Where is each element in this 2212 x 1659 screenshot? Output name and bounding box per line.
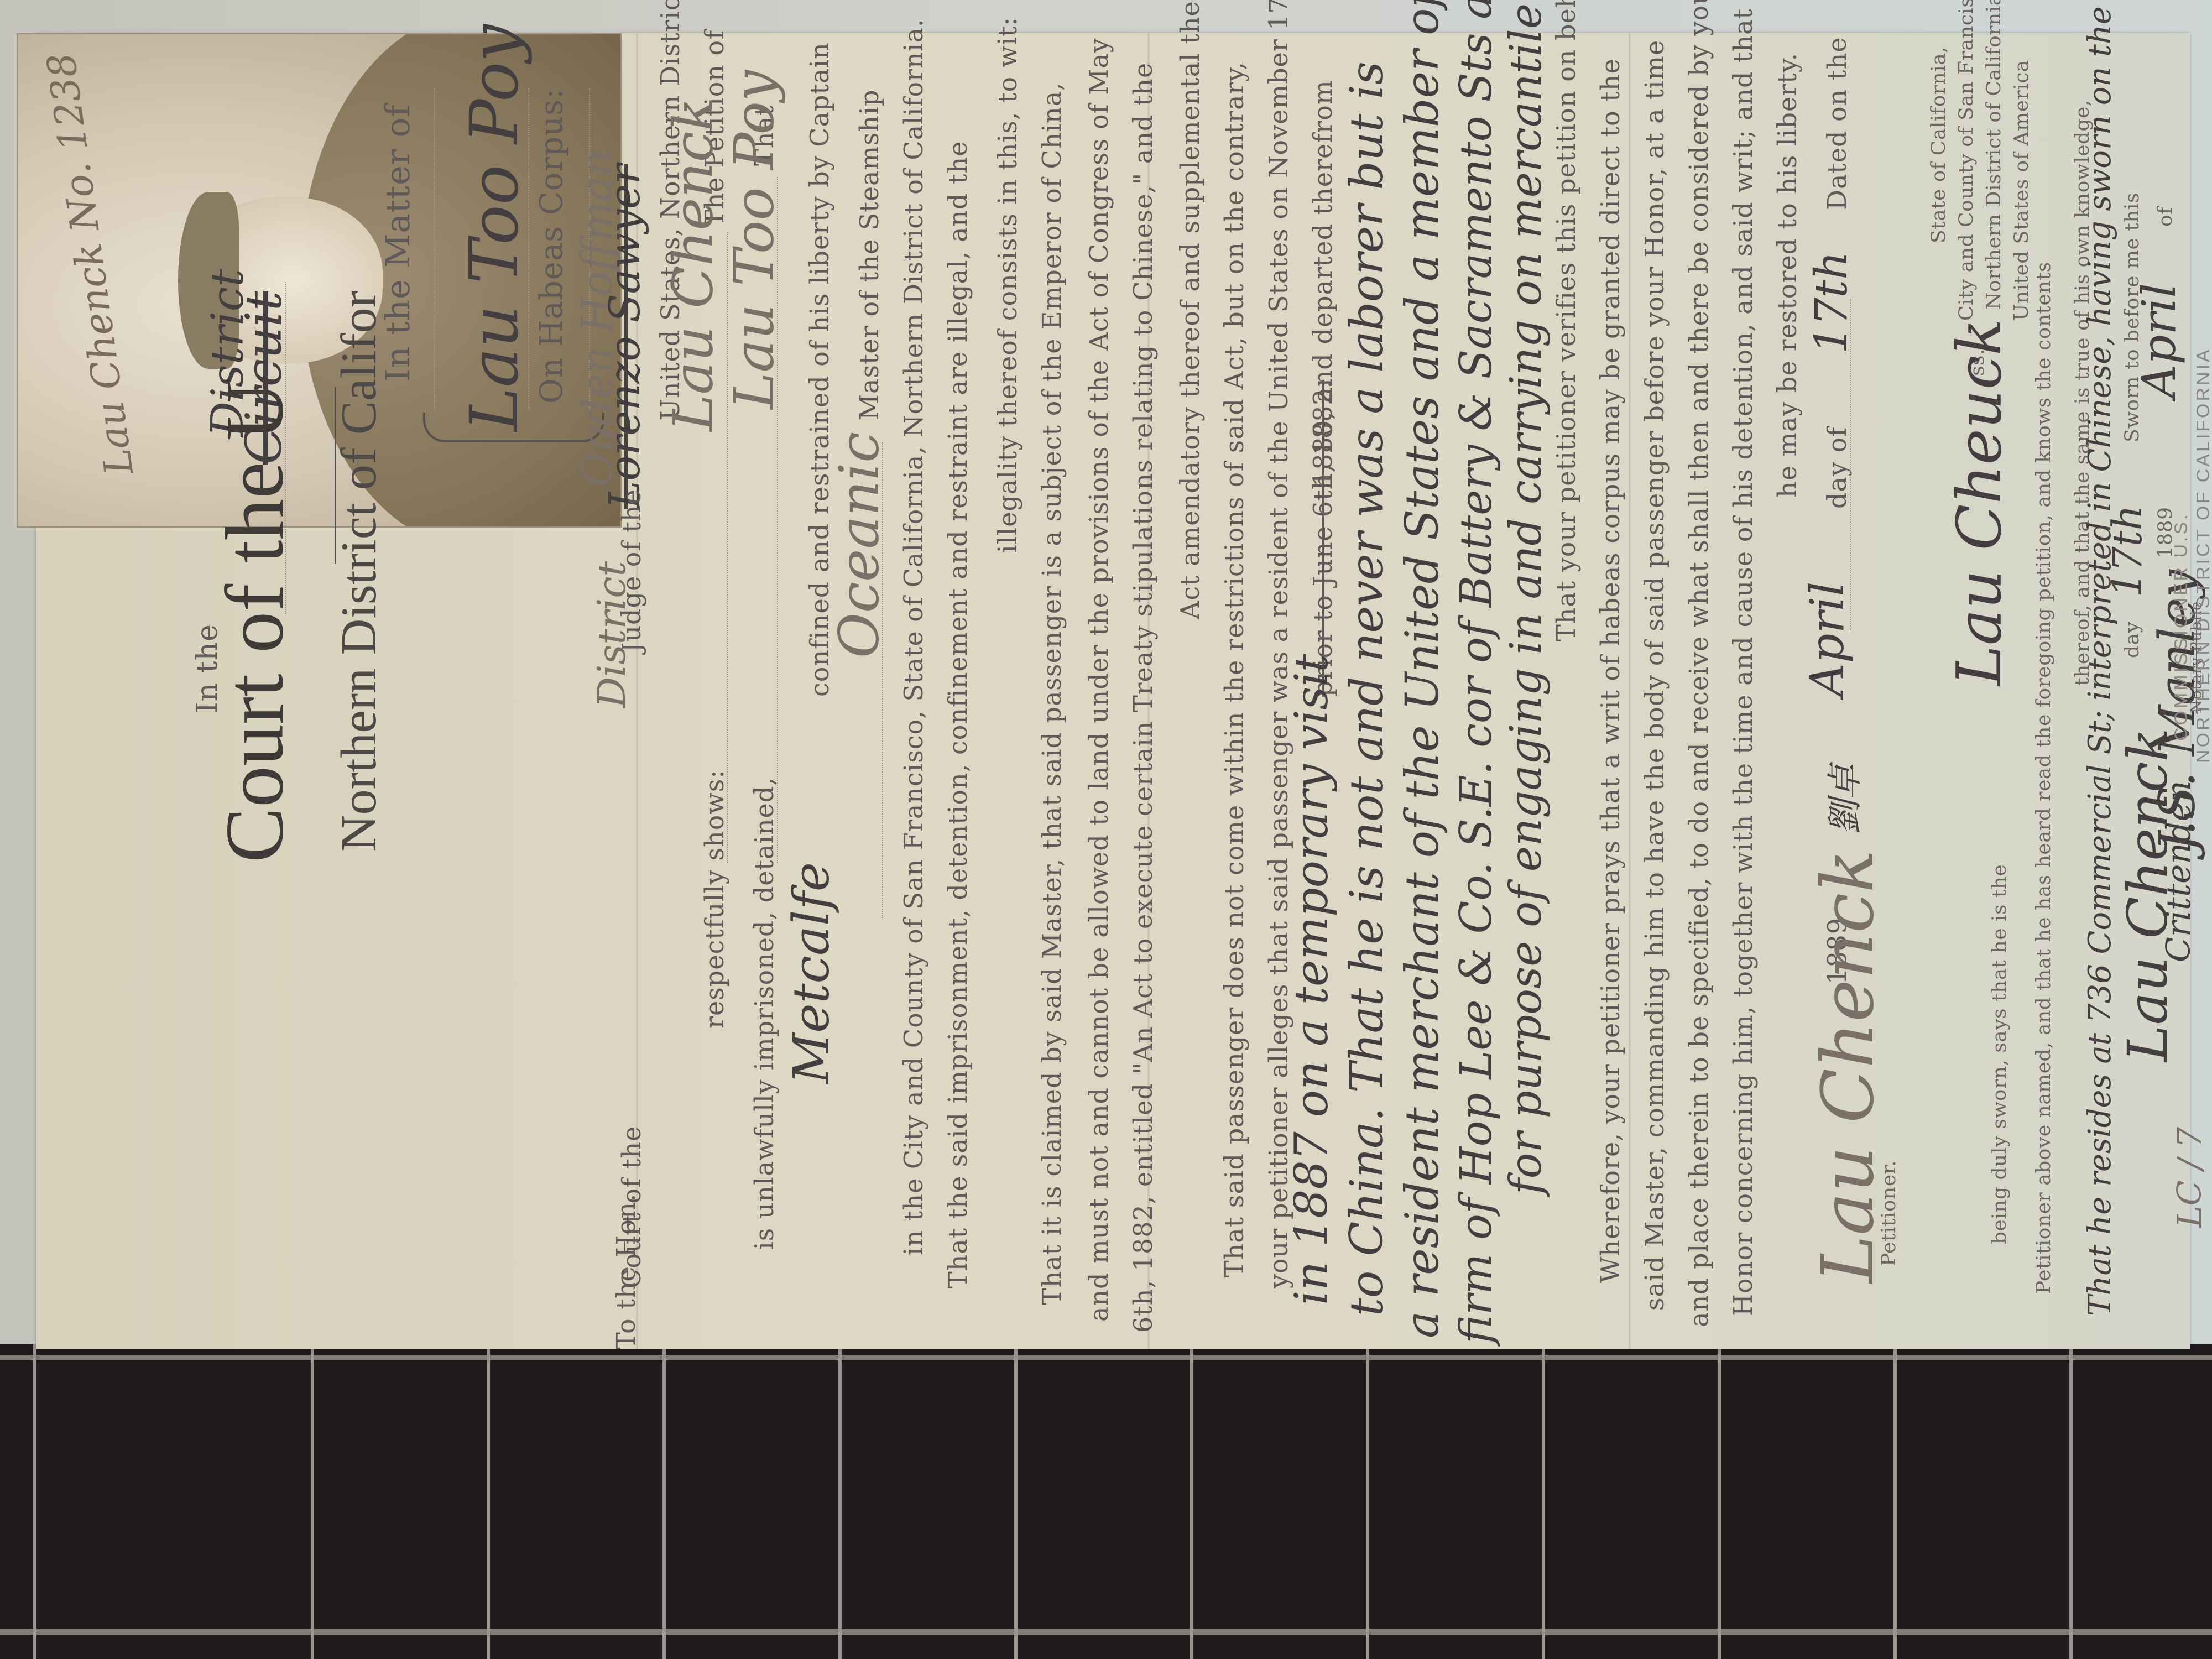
amendatory-line: Act amendatory thereof and supplemental … — [1175, 0, 1205, 619]
court-handwritten: District — [589, 561, 634, 708]
rule — [434, 88, 435, 409]
detainee-name-caption: Lau Too Poy — [456, 24, 533, 431]
initials: LC / 7 — [2171, 1127, 2209, 1228]
venue-line: City and County of San Francisco, — [1955, 0, 1978, 321]
venue-line: United States of America — [2010, 60, 2033, 321]
day-of-label: day of — [1822, 427, 1852, 509]
dated-month: April — [1800, 582, 1854, 697]
handwritten-insert-line: a resident merchant of the United States… — [1396, 0, 1449, 1338]
respectfully-shows: respectfully shows: — [700, 769, 729, 1029]
illegality-line: illegality thereof consists in this, to … — [993, 17, 1022, 553]
handwritten-insert-line: firm of Hop Lee & Co. S.E. cor of Batter… — [1452, 0, 1501, 1344]
petitioner-label: Petitioner. — [1877, 1160, 1900, 1266]
claimed-line: That it is claimed by said Master, that … — [1037, 82, 1067, 1305]
commanding-line: said Master, commanding him to have the … — [1640, 40, 1670, 1311]
imprisonment-line: That the said imprisonment, detention, c… — [943, 141, 973, 1288]
affiant-name: Lau Cheuck — [1944, 319, 2015, 686]
restored-line: he may be restored to his liberty. — [1772, 53, 1802, 498]
unlawfully-imprisoned: is unlawfully imprisoned, detained, — [749, 777, 779, 1250]
judge-name-struck: Lorenzo Sawyer — [600, 164, 649, 509]
of-label: of — [2154, 207, 2177, 227]
petitioner-name: Lau Chenck — [661, 98, 726, 431]
wherefore-line: Wherefore, your petitioner prays that a … — [1595, 58, 1625, 1283]
sworn-month: April — [2132, 283, 2186, 398]
venue-line: State of California, — [1927, 46, 1950, 243]
concerning-line: Honor concerning him, together with the … — [1728, 8, 1758, 1316]
captain-name: Metcalfe — [782, 862, 841, 1084]
rule — [528, 88, 529, 409]
day-label: day — [2121, 622, 2143, 658]
dated-on-the: Dated on the — [1822, 37, 1852, 210]
handwritten-insert-line: in 1887 on a temporary visit — [1286, 654, 1338, 1305]
petitioner-above-line: Petitioner above named, and that he has … — [2032, 262, 2055, 1294]
court-of-the: Court of the — [617, 1126, 646, 1288]
master-of-steamship: Master of the Steamship — [854, 90, 884, 420]
being-duly-sworn: being duly sworn, says that he is the — [1988, 864, 2011, 1244]
photo-inscription: Lau Chenck No. 1238 — [38, 50, 142, 478]
tiled-floor — [0, 1344, 2212, 1659]
sworn-day: 17th — [2104, 505, 2151, 597]
venue-line: Northern District of California, — [1983, 0, 2005, 310]
notary-signature-2: Crittenden — [2159, 780, 2198, 962]
handwritten-addendum: That he resides at 736 Commercial St; in… — [2082, 0, 2118, 1316]
sixth-line: 6th, 1882, entitled "An Act to execute c… — [1128, 62, 1158, 1333]
rule — [777, 177, 778, 863]
verifies-line: That your petitioner verifies this petit… — [1551, 0, 1581, 641]
must-not-line: and must not and cannot be allowed to la… — [1084, 38, 1114, 1322]
in-the-matter-of: In the Matter of — [379, 104, 418, 382]
chinese-signature: 劉卓 — [1817, 764, 1867, 835]
departed-struck: prior to June 6th, 1882. — [1308, 380, 1338, 697]
fold-crease — [1629, 33, 1631, 1349]
district-stamp: NORTHERN DISTRICT OF CALIFORNIA — [2193, 347, 2212, 763]
place-line: and place therein to be specified, to do… — [1684, 0, 1714, 1327]
rule — [335, 387, 336, 564]
city-county-line: in the City and County of San Francisco,… — [899, 18, 928, 1255]
rule — [882, 442, 883, 918]
handwritten-insert-line: to China. That he is not and never was a… — [1341, 61, 1394, 1316]
commissioner-stamp: COMMISSIONER U.S. — [2171, 512, 2192, 741]
not-within-line: That said passenger does not come within… — [1219, 61, 1249, 1277]
on-habeas-corpus: On Habeas Corpus: — [534, 88, 570, 404]
handwritten-insert-line: for purpose of engaging in and carrying … — [1501, 0, 1551, 1194]
habeas-corpus-petition-document: Lau Chenck No. 1238 District Circuit In … — [36, 33, 2190, 1349]
rule — [1850, 299, 1851, 630]
court-title: Court of the U — [207, 381, 302, 863]
